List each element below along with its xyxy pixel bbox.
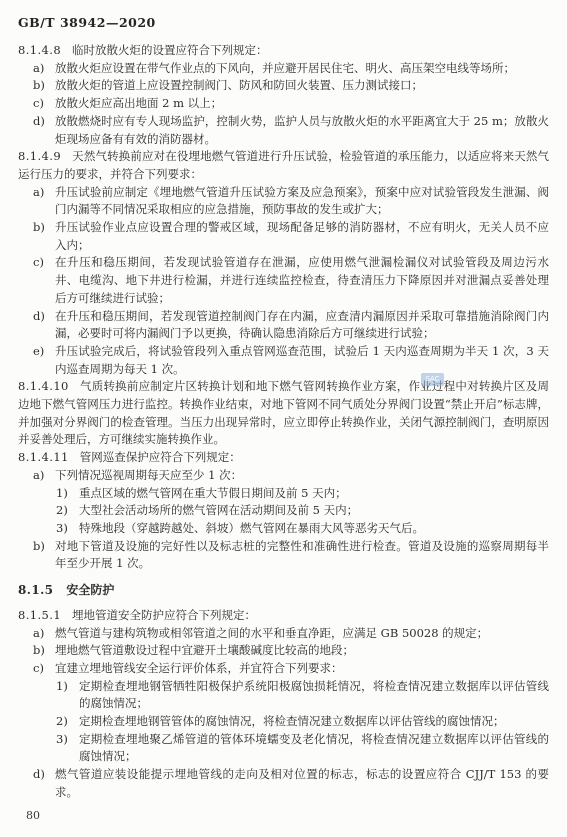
item-a): a)升压试验前应制定《埋地燃气管道升压试验方案及应急预案》，预案中应对试验管段发… [18, 184, 549, 219]
item-marker: b) [33, 77, 45, 95]
subitem-marker: 1) [56, 678, 68, 696]
document-page: { "page": { "doc_number": "GB/T 38942—20… [0, 0, 567, 837]
heading-8.1.5: 8.1.5安全防护 [18, 582, 549, 600]
subitem-marker: 3) [56, 520, 68, 538]
clause-text: 管网巡查保护应符合下列规定： [80, 450, 241, 464]
item-c): c)宜建立埋地管线安全运行评价体系，并宜符合下列要求： [18, 660, 549, 678]
item-text: 放散火炬的管道上应设置控制阀门、防风和防回火装置、压力测试接口； [55, 78, 423, 92]
subitem-marker: 3) [56, 731, 68, 749]
item-a): a)下列情况巡视周期每天应至少 1 次： [18, 467, 549, 485]
subitem-text: 定期检查埋地钢管牺牲阳极保护系统阳极腐蚀损耗情况，将检查情况建立数据库以评估管线… [79, 679, 549, 711]
subitem-3): 3)定期检查埋地聚乙烯管道的管体环境蠕变及老化情况，将检查情况建立数据库以评估管… [18, 731, 549, 766]
item-b): b)升压试验作业点应设置合理的警戒区域，现场配备足够的消防器材，不应有明火，无关… [18, 219, 549, 254]
heading-marker: 8.1.5 [18, 583, 53, 597]
item-a): a)燃气管道与建构筑物或相邻管道之间的水平和垂直净距，应满足 GB 50028 … [18, 625, 549, 643]
item-text: 燃气管道与建构筑物或相邻管道之间的水平和垂直净距，应满足 GB 50028 的规… [55, 626, 488, 640]
heading-text: 安全防护 [66, 583, 114, 597]
item-text: 升压试验完成后，将试验管段列入重点管网巡查范围，试验后 1 天内巡查周期为半天 … [55, 344, 549, 376]
item-marker: e) [33, 343, 44, 361]
item-d): d)放散燃烧时应有专人现场监护，控制火势，监护人员与放散火炬的水平距离宜大于 2… [18, 113, 549, 148]
item-c): c)在升压和稳压期间，若发现试验管道存在泄漏，应使用燃气泄漏检漏仪对试验管段及周… [18, 254, 549, 307]
item-b): b)埋地燃气管道敷设过程中宜避开土壤酸碱度比较高的地段； [18, 642, 549, 660]
item-marker: b) [33, 219, 45, 237]
subitem-text: 定期检查埋地钢管管体的腐蚀情况，将检查情况建立数据库以评估管线的腐蚀情况； [79, 714, 505, 728]
clause-8.1.5.1: 8.1.5.1埋地管道安全防护应符合下列规定： [18, 607, 549, 625]
item-text: 在升压和稳压期间，若发现管道控制阀门存在内漏，应查清内漏原因并采取可靠措施消除阀… [55, 309, 549, 341]
subitem-text: 重点区域的燃气管网在重大节假日期间及前 5 天内； [79, 486, 347, 500]
item-d): d)燃气管道应装设能提示埋地管线的走向及相对位置的标志，标志的设置应符合 CJJ… [18, 766, 549, 801]
clause-8.1.4.8: 8.1.4.8临时放散火炬的设置应符合下列规定： [18, 42, 549, 60]
item-b): b)对地下管道及设施的完好性以及标志桩的完整性和准确性进行检查。管道及设施的巡察… [18, 538, 549, 573]
item-text: 升压试验前应制定《埋地燃气管道升压试验方案及应急预案》，预案中应对试验管段发生泄… [55, 185, 549, 217]
clause-8.1.4.11: 8.1.4.11管网巡查保护应符合下列规定： [18, 449, 549, 467]
item-text: 在升压和稳压期间，若发现试验管道存在泄漏，应使用燃气泄漏检漏仪对试验管段及周边污… [55, 255, 549, 304]
subitem-text: 大型社会活动场所的燃气管网在活动期间及前 5 天内； [79, 503, 358, 517]
clause-8.1.4.10: 8.1.4.10气质转换前应制定片区转换计划和地下燃气管网转换作业方案，作业过程… [18, 378, 549, 449]
subitem-marker: 1) [56, 485, 68, 503]
item-marker: c) [33, 254, 44, 272]
item-marker: a) [33, 625, 44, 643]
item-text: 宜建立埋地管线安全运行评价体系，并宜符合下列要求： [55, 661, 343, 675]
clause-marker: 8.1.4.10 [18, 379, 69, 393]
item-marker: a) [33, 184, 44, 202]
item-marker: d) [33, 113, 45, 131]
item-marker: c) [33, 95, 44, 113]
item-marker: b) [33, 642, 45, 660]
item-marker: d) [33, 308, 45, 326]
item-c): c)放散火炬应高出地面 2 m 以上； [18, 95, 549, 113]
clause-marker: 8.1.4.11 [18, 450, 69, 464]
item-text: 燃气管道应装设能提示埋地管线的走向及相对位置的标志，标志的设置应符合 CJJ/T… [55, 767, 549, 799]
item-text: 对地下管道及设施的完好性以及标志桩的完整性和准确性进行检查。管道及设施的巡察周期… [55, 539, 549, 571]
subitem-2): 2)大型社会活动场所的燃气管网在活动期间及前 5 天内； [18, 502, 549, 520]
subitem-3): 3)特殊地段（穿越跨越处、斜坡）燃气管网在暴雨大风等恶劣天气后。 [18, 520, 549, 538]
subitem-text: 定期检查埋地聚乙烯管道的管体环境蠕变及老化情况，将检查情况建立数据库以评估管线的… [79, 732, 549, 764]
subitem-text: 特殊地段（穿越跨越处、斜坡）燃气管网在暴雨大风等恶劣天气后。 [79, 521, 424, 535]
clause-marker: 8.1.5.1 [18, 608, 61, 622]
clause-8.1.4.9: 8.1.4.9天然气转换前应对在役埋地燃气管道进行升压试验，检验管道的承压能力，… [18, 148, 549, 183]
doc-number: GB/T 38942—2020 [18, 15, 156, 30]
subitem-marker: 2) [56, 502, 68, 520]
item-marker: d) [33, 766, 45, 784]
subitem-2): 2)定期检查埋地钢管管体的腐蚀情况，将检查情况建立数据库以评估管线的腐蚀情况； [18, 713, 549, 731]
page-number: 80 [26, 809, 40, 822]
item-text: 放散燃烧时应有专人现场监护，控制火势，监护人员与放散火炬的水平距离宜大于 25 … [55, 114, 549, 146]
item-text: 放散火炬应高出地面 2 m 以上； [55, 96, 222, 110]
item-text: 升压试验作业点应设置合理的警戒区域，现场配备足够的消防器材，不应有明火，无关人员… [55, 220, 549, 252]
clause-text: 临时放散火炬的设置应符合下列规定： [72, 43, 268, 57]
clause-text: 天然气转换前应对在役埋地燃气管道进行升压试验，检验管道的承压能力，以适应将来天然… [18, 149, 549, 181]
item-marker: c) [33, 660, 44, 678]
item-marker: b) [33, 538, 45, 556]
watermark-stamp: SAC [421, 373, 444, 386]
clause-marker: 8.1.4.8 [18, 43, 61, 57]
subitem-1): 1)重点区域的燃气管网在重大节假日期间及前 5 天内； [18, 485, 549, 503]
document-body: 8.1.4.8临时放散火炬的设置应符合下列规定：a)放散火炬应设置在带气作业点的… [18, 42, 549, 802]
item-d): d)在升压和稳压期间，若发现管道控制阀门存在内漏，应查清内漏原因并采取可靠措施消… [18, 308, 549, 343]
item-marker: a) [33, 467, 44, 485]
clause-text: 气质转换前应制定片区转换计划和地下燃气管网转换作业方案，作业过程中对转换片区及周… [18, 379, 549, 446]
item-b): b)放散火炬的管道上应设置控制阀门、防风和防回火装置、压力测试接口； [18, 77, 549, 95]
item-a): a)放散火炬应设置在带气作业点的下风向，并应避开居民住宅、明火、高压架空电线等场… [18, 60, 549, 78]
item-text: 下列情况巡视周期每天应至少 1 次： [55, 468, 242, 482]
item-marker: a) [33, 60, 44, 78]
subitem-marker: 2) [56, 713, 68, 731]
clause-text: 埋地管道安全防护应符合下列规定： [72, 608, 256, 622]
item-e): e)升压试验完成后，将试验管段列入重点管网巡查范围，试验后 1 天内巡查周期为半… [18, 343, 549, 378]
clause-marker: 8.1.4.9 [18, 149, 61, 163]
item-text: 埋地燃气管道敷设过程中宜避开土壤酸碱度比较高的地段； [55, 643, 354, 657]
item-text: 放散火炬应设置在带气作业点的下风向，并应避开居民住宅、明火、高压架空电线等场所； [55, 61, 515, 75]
subitem-1): 1)定期检查埋地钢管牺牲阳极保护系统阳极腐蚀损耗情况，将检查情况建立数据库以评估… [18, 678, 549, 713]
